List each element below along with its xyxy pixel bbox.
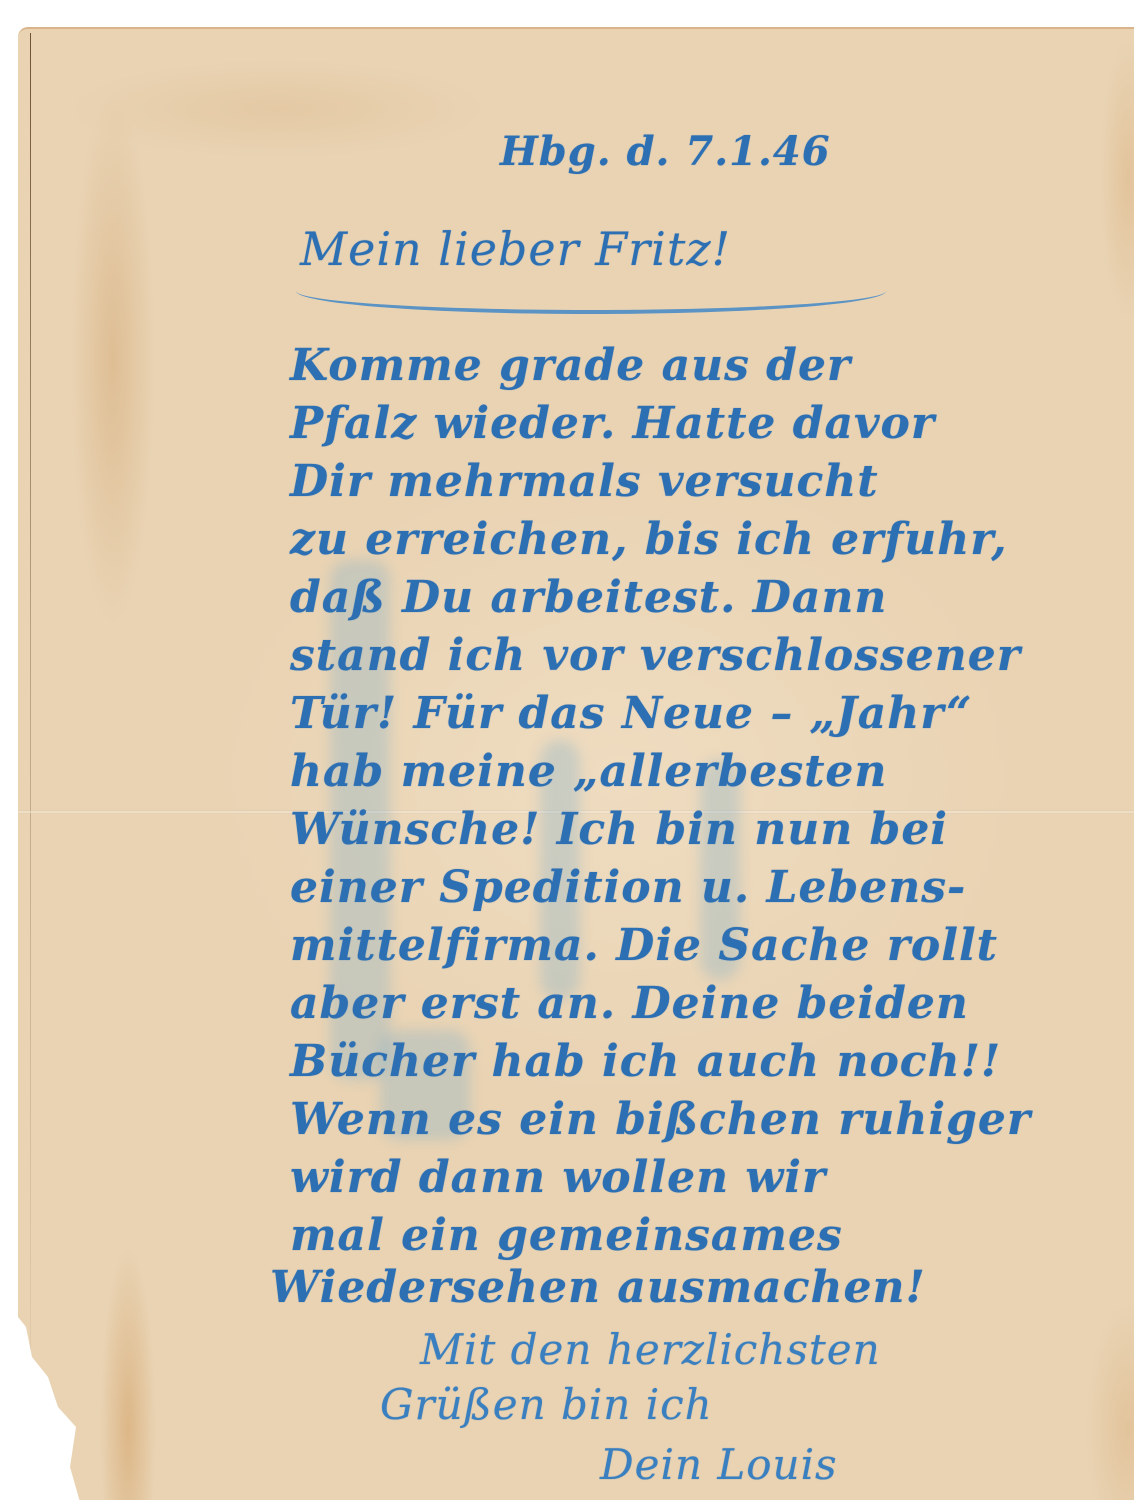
letter-date: Hbg. d. 7.1.46	[500, 128, 831, 175]
body-line: Bücher hab ich auch noch!!	[290, 1036, 1001, 1087]
body-line: einer Spedition u. Lebens-	[290, 862, 966, 913]
body-line: mittelfirma. Die Sache rollt	[290, 920, 998, 971]
closing-line: Grüßen bin ich	[380, 1380, 713, 1429]
salutation-underline	[296, 268, 886, 314]
body-line: daß Du arbeitest. Dann	[290, 572, 887, 623]
body-line: Pfalz wieder. Hatte davor	[290, 398, 935, 449]
body-line: aber erst an. Deine beiden	[290, 978, 969, 1029]
body-line: Dir mehrmals versucht	[290, 456, 879, 507]
body-line: zu erreichen, bis ich erfuhr,	[290, 514, 1008, 565]
body-line: Komme grade aus der	[290, 340, 851, 391]
body-line: Wünsche! Ich bin nun bei	[290, 804, 948, 855]
body-line: Wenn es ein bißchen ruhiger	[290, 1094, 1031, 1145]
signature: Dein Louis	[600, 1440, 838, 1489]
body-line: Wiedersehen ausmachen!	[270, 1262, 926, 1313]
body-line: stand ich vor verschlossener	[290, 630, 1021, 681]
body-line: wird dann wollen wir	[290, 1152, 826, 1203]
body-line: hab meine „allerbesten	[290, 746, 887, 797]
body-line: Tür! Für das Neue – „Jahr“	[290, 688, 972, 739]
body-line: mal ein gemeinsames	[290, 1210, 843, 1261]
closing-line: Mit den herzlichsten	[420, 1325, 881, 1374]
